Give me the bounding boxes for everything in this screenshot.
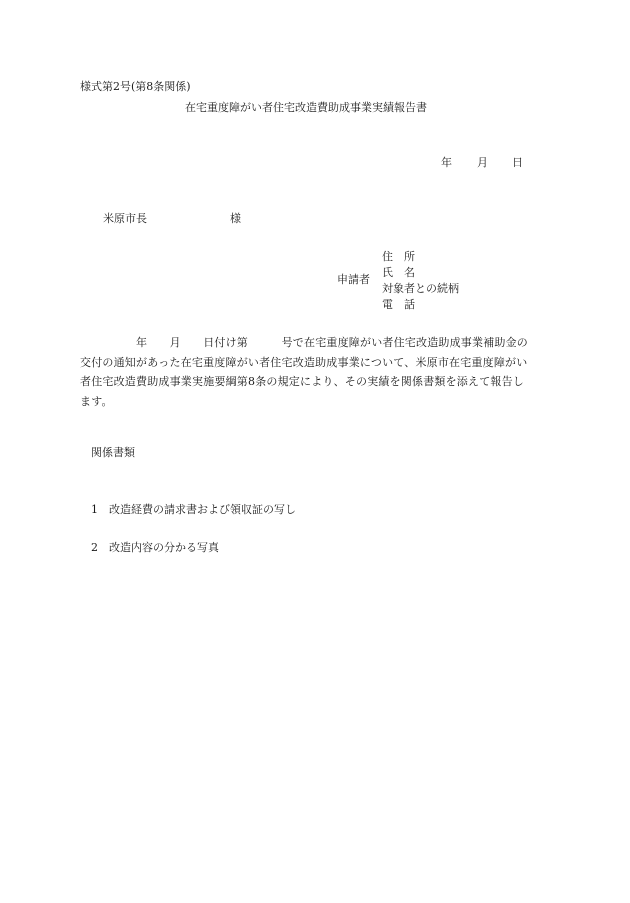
date-year: 年 (441, 156, 452, 170)
attachments-heading: 関係書類 (91, 446, 135, 460)
applicant-field-name: 氏 名 (382, 266, 415, 280)
addressee-name: 米原市長 (103, 212, 147, 226)
report-body: 年 月 日付け第 号で在宅重度障がい者住宅改造助成事業補助金の 交付の通知があっ… (80, 333, 550, 411)
document-title: 在宅重度障がい者住宅改造費助成事業実績報告書 (185, 101, 427, 115)
attachment-item-text: 改造経費の請求書および領収証の写し (109, 503, 296, 517)
body-line: ます。 (80, 392, 550, 412)
date-month: 月 (477, 156, 488, 170)
body-line: 年 月 日付け第 号で在宅重度障がい者住宅改造助成事業補助金の (80, 333, 550, 353)
addressee-honorific: 様 (230, 212, 241, 226)
date-day: 日 (512, 156, 523, 170)
form-number: 様式第2号(第8条関係) (80, 80, 191, 94)
body-line: 交付の通知があった在宅重度障がい者住宅改造助成事業について、米原市在宅重度障がい (80, 353, 550, 373)
applicant-field-relationship: 対象者との続柄 (382, 282, 459, 296)
applicant-field-phone: 電 話 (382, 298, 415, 312)
body-line: 者住宅改造費助成事業実施要綱第8条の規定により、その実績を関係書類を添えて報告し (80, 372, 550, 392)
applicant-field-address: 住 所 (382, 250, 415, 264)
attachment-item-num: 1 (91, 503, 98, 517)
attachment-item-text: 改造内容の分かる写真 (109, 541, 219, 555)
attachment-item-num: 2 (91, 541, 98, 555)
applicant-label: 申請者 (337, 273, 370, 287)
